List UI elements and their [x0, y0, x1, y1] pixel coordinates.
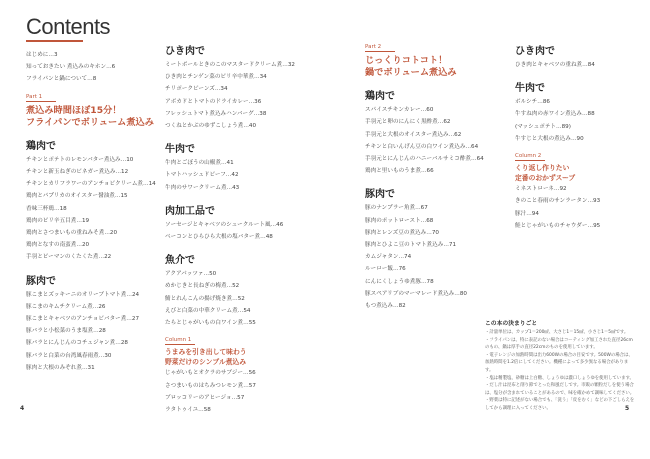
toc-entry[interactable]: ミートボールときのこのマスタードクリーム煮…32 [165, 59, 295, 71]
page-number: 4 [20, 405, 24, 412]
toc-entry[interactable]: 手羽元と大根のオイスター煮込み…62 [365, 129, 484, 141]
toc-entry[interactable]: つくねとかぶのゆずこしょう煮…40 [165, 120, 295, 132]
section-heading: 豚肉で [365, 187, 484, 202]
part-title: 鍋でボリューム煮込み [365, 67, 484, 79]
column-label: Column 1 [165, 337, 295, 344]
toc-entry[interactable]: 牛肉のサワークリーム煮…43 [165, 182, 295, 194]
column-rule [515, 160, 545, 161]
column-items: ミネストローネ…92きのこと春雨のサンラータン…93豚汁…94鮭とじゃがいものチ… [515, 183, 600, 232]
toc-entry[interactable]: 知っておきたい 煮込みのキホン…6 [26, 61, 156, 73]
toc-entry[interactable]: 牛すじと大根の煮込み…90 [515, 133, 600, 145]
toc-entry[interactable]: トマトハッシュドビーフ…42 [165, 169, 295, 181]
section-group: ひき肉でミートボールときのこのマスタードクリーム煮…32ひき肉とチンゲン菜のピリ… [165, 44, 295, 329]
page-number: 5 [625, 405, 629, 412]
toc-column-1: はじめに…3 知っておきたい 煮込みのキホン…6 フライパンと鍋について…8 P… [26, 49, 156, 374]
toc-column-3: Part 2 じっくりコトコト！ 鍋でボリューム煮込み 鶏肉でスパイスチキンカレ… [365, 40, 484, 312]
toc-entry[interactable]: ブロッコリーのアヒージョ…57 [165, 392, 295, 404]
section-heading: 鶏肉で [26, 139, 156, 154]
toc-entry[interactable]: チキンと新玉ねぎのビネガー煮込み…12 [26, 166, 156, 178]
toc-entry[interactable]: アクアパッツァ…50 [165, 268, 295, 280]
note-line: ・フライパンは、特に表記のない場合はコーティング加工された直径26cmのもの、鍋… [485, 337, 635, 352]
toc-entry[interactable]: アボカドとトマトのドライカレー…36 [165, 96, 295, 108]
toc-entry[interactable]: ソーセージとキャベツのシュークルート風…46 [165, 219, 295, 231]
toc-entry[interactable]: ひき肉とキャベツの重ね煮…84 [515, 59, 600, 71]
toc-entry[interactable]: 豚肉のポットロースト…68 [365, 215, 484, 227]
section-group: 鶏肉でスパイスチキンカレー…60手羽元と卵のにんにく黒酢煮…62手羽元と大根のオ… [365, 89, 484, 312]
left-page: Contents はじめに…3 知っておきたい 煮込みのキホン…6 フライパンと… [0, 0, 325, 459]
notes-lines: ・計量単位は、カップ1＝200㎖、大さじ1＝15㎖、小さじ1＝5㎖です。・フライ… [485, 329, 635, 413]
toc-entry[interactable]: もつ煮込み…82 [365, 300, 484, 312]
toc-entry[interactable]: 鶏肉と里いものうま煮…66 [365, 165, 484, 177]
toc-entry[interactable]: 豚肉とひよこ豆のトマト煮込み…71 [365, 239, 484, 251]
note-line: ・計量単位は、カップ1＝200㎖、大さじ1＝15㎖、小さじ1＝5㎖です。 [485, 329, 635, 337]
column-rule [165, 344, 195, 345]
toc-entry[interactable]: 牛すね肉の赤ワイン煮込み…88 [515, 108, 600, 120]
page-title: Contents [26, 14, 110, 40]
note-line: ・だし汁は昆布と削り節でとった和風だしです。市販の顆粒だしを使う場合は、塩分が含… [485, 382, 635, 397]
toc-entry[interactable]: めかじきと長ねぎの梅煮…52 [165, 280, 295, 292]
toc-entry[interactable]: チリポークビーンズ…34 [165, 83, 295, 95]
toc-entry[interactable]: 豚バラとにんじんのコチュジャン煮…28 [26, 337, 156, 349]
toc-entry[interactable]: 鯖とれんこんの揚げ焼き煮…52 [165, 293, 295, 305]
column-title: うまみを引き出して味わう [165, 348, 295, 358]
toc-entry[interactable]: 手羽元とにんじんのハニーバルサミコ酢煮…64 [365, 153, 484, 165]
section-group: ひき肉でひき肉とキャベツの重ね煮…84牛肉でボルシチ…86牛すね肉の赤ワイン煮込… [515, 44, 600, 145]
part-rule [365, 51, 395, 52]
toc-entry[interactable]: えびと白菜の中華クリーム煮…54 [165, 305, 295, 317]
toc-entry[interactable]: ミネストローネ…92 [515, 183, 600, 195]
section-heading: 牛肉で [515, 81, 600, 96]
toc-entry[interactable]: 鶏肉となすの南蛮煮…20 [26, 239, 156, 251]
toc-entry[interactable]: さつまいものはちみつレモン煮…57 [165, 380, 295, 392]
part-label: Part 1 [26, 94, 156, 101]
toc-entry[interactable]: フライパンと鍋について…8 [26, 73, 156, 85]
toc-entry[interactable]: ルーロー飯…76 [365, 263, 484, 275]
part-rule [26, 101, 56, 102]
toc-entry[interactable]: ラタトゥイユ…58 [165, 404, 295, 416]
toc-entry[interactable]: 鶏肉とパプリカのオイスター醤油煮…15 [26, 190, 156, 202]
section-heading: 魚介で [165, 253, 295, 268]
section-heading: 鶏肉で [365, 89, 484, 104]
toc-entry[interactable]: 豚バラと白菜の台湾風春雨煮…30 [26, 350, 156, 362]
column-title: くり返し作りたい [515, 164, 600, 174]
note-line: ・野菜は特に記述がない場合でも、「洗う」「皮をむく」などの下ごしらえをしてから調… [485, 397, 635, 412]
part-title: フライパンでボリューム煮込み [26, 117, 156, 129]
toc-entry[interactable]: じゃがいもとオクラのサブジー…56 [165, 367, 295, 379]
toc-entry[interactable]: 牛肉とごぼうの山椒煮…41 [165, 157, 295, 169]
notes-heading: この本の決まりごと [485, 320, 635, 329]
part-title: 煮込み時間ほぼ15分！ [26, 105, 156, 117]
note-line: ・塩は精製塩、砂糖は上白糖、しょうゆは濃口しょうゆを使用しています。 [485, 375, 635, 383]
toc-entry[interactable]: 鮭とじゃがいものチャウダー…95 [515, 220, 600, 232]
toc-entry[interactable]: 豚汁…94 [515, 208, 600, 220]
toc-entry[interactable]: 香味三杯鶏…18 [26, 203, 156, 215]
toc-entry[interactable]: カムジャタン…74 [365, 251, 484, 263]
toc-entry[interactable]: (マッシュポテト…89) [515, 121, 600, 133]
toc-entry[interactable]: ボルシチ…86 [515, 96, 600, 108]
intro-list: はじめに…3 知っておきたい 煮込みのキホン…6 フライパンと鍋について…8 [26, 49, 156, 86]
toc-entry[interactable]: きのこと春雨のサンラータン…93 [515, 195, 600, 207]
toc-entry[interactable]: 豚肉と大根のみぞれ煮…31 [26, 362, 156, 374]
toc-entry[interactable]: 豚スペアリブのマーマレード煮込み…80 [365, 288, 484, 300]
toc-entry[interactable]: 鶏肉のピリ辛五目煮…19 [26, 215, 156, 227]
toc-entry[interactable]: 豚バラと小松菜のうま塩煮…28 [26, 325, 156, 337]
column-label: Column 2 [515, 153, 600, 160]
column-items: じゃがいもとオクラのサブジー…56さつまいものはちみつレモン煮…57ブロッコリー… [165, 367, 295, 416]
column-title: 野菜だけのシンプル煮込み [165, 358, 295, 368]
part-title: じっくりコトコト！ [365, 55, 484, 67]
toc-entry[interactable]: はじめに…3 [26, 49, 156, 61]
toc-entry[interactable]: 豚こまとキャベツのアンチョビバター煮…27 [26, 313, 156, 325]
toc-entry[interactable]: 豚肉とレンズ豆の煮込み…70 [365, 227, 484, 239]
section-heading: 肉加工品で [165, 204, 295, 219]
toc-entry[interactable]: たらとじゃがいもの白ワイン煮…55 [165, 317, 295, 329]
toc-entry[interactable]: にんにくしょうゆ煮豚…78 [365, 276, 484, 288]
toc-entry[interactable]: 豚こまのキムチクリーム煮…26 [26, 301, 156, 313]
section-heading: ひき肉で [165, 44, 295, 59]
toc-entry[interactable]: チキンとカリフラワーのアンチョビクリーム煮…14 [26, 178, 156, 190]
notes-box: この本の決まりごと ・計量単位は、カップ1＝200㎖、大さじ1＝15㎖、小さじ1… [485, 320, 635, 413]
toc-entry[interactable]: 鶏肉とさつまいもの重ねみそ煮…20 [26, 227, 156, 239]
toc-entry[interactable]: ベーコンとひらひら大根の塩バター煮…48 [165, 231, 295, 243]
toc-entry[interactable]: ひき肉とチンゲン菜のピリ辛中華煮…34 [165, 71, 295, 83]
section-group: 鶏肉でチキンとポテトのレモンバター煮込み…10チキンと新玉ねぎのビネガー煮込み…… [26, 139, 156, 374]
toc-entry[interactable]: チキンとポテトのレモンバター煮込み…10 [26, 154, 156, 166]
toc-column-2: ひき肉でミートボールときのこのマスタードクリーム煮…32ひき肉とチンゲン菜のピリ… [165, 44, 295, 416]
toc-entry[interactable]: フレッシュトマト煮込みハンバーグ…38 [165, 108, 295, 120]
toc-entry[interactable]: 豚のナンプラー角煮…67 [365, 202, 484, 214]
part-label: Part 2 [365, 44, 484, 51]
toc-entry[interactable]: 手羽元と卵のにんにく黒酢煮…62 [365, 116, 484, 128]
column-title: 定番のおかずスープ [515, 174, 600, 184]
section-heading: 牛肉で [165, 142, 295, 157]
right-page: Part 2 じっくりコトコト！ 鍋でボリューム煮込み 鶏肉でスパイスチキンカレ… [325, 0, 650, 459]
section-heading: ひき肉で [515, 44, 600, 59]
note-line: ・電子レンジの加熱時間は出力600Wの場合の目安です。500Wの場合は、加熱時間… [485, 352, 635, 375]
section-heading: 豚肉で [26, 274, 156, 289]
toc-entry[interactable]: 手羽とピーマンのくたくた煮…22 [26, 251, 156, 263]
toc-entry[interactable]: チキンと白いんげん豆の白ワイン煮込み…64 [365, 141, 484, 153]
toc-entry[interactable]: スパイスチキンカレー…60 [365, 104, 484, 116]
toc-entry[interactable]: 豚こまとズッキーニのオリーブトマト煮…24 [26, 289, 156, 301]
title-underline [26, 40, 83, 42]
toc-column-4: ひき肉でひき肉とキャベツの重ね煮…84牛肉でボルシチ…86牛すね肉の赤ワイン煮込… [515, 44, 600, 232]
